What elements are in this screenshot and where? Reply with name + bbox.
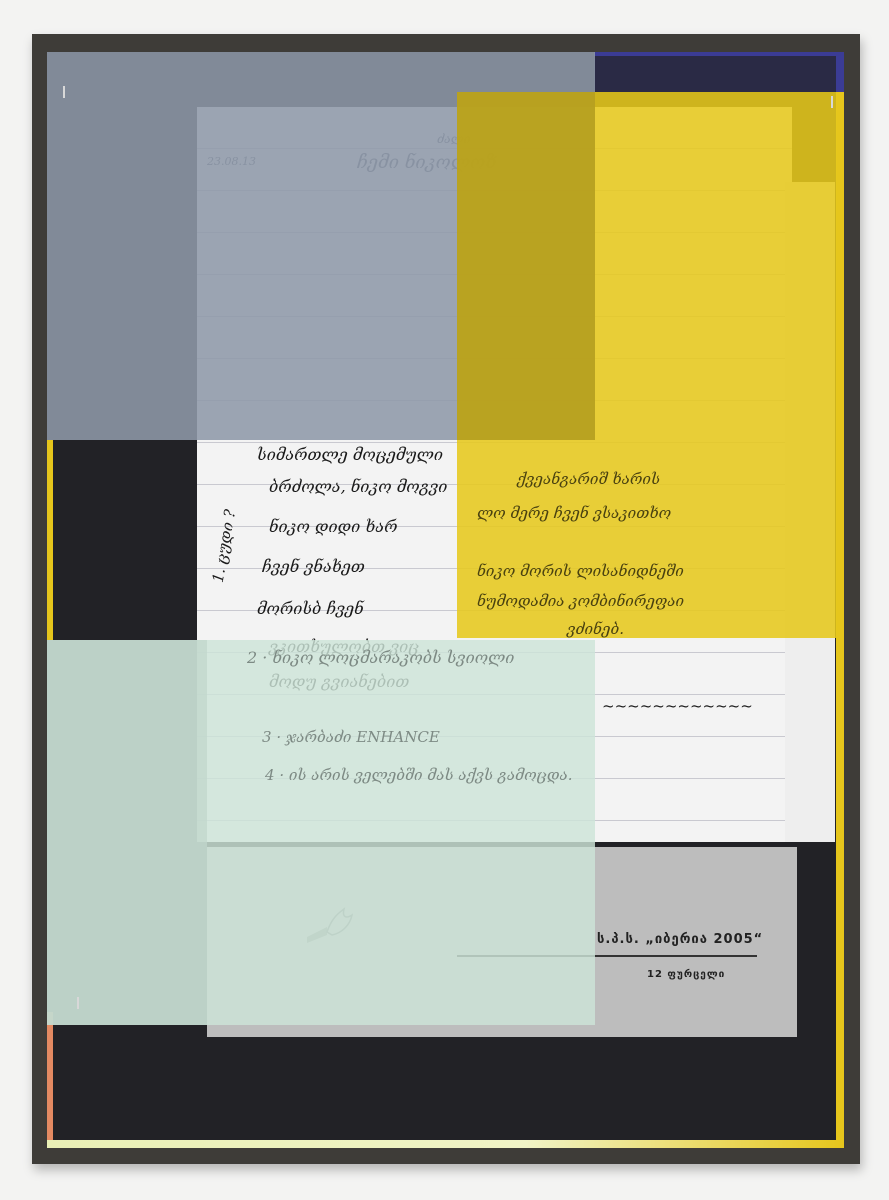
mint-translucent-overlay: 2 · ნიკო ლოცმარაკობს სვიოლი 3 · ჯარბაძი … [47, 640, 595, 1025]
artwork-canvas: 23.08.13 ძალი ჩემი ნიკოლოზ სიმართლე მოცე… [47, 52, 844, 1148]
yellow-line: ქვეანგარიშ ხარის [517, 470, 660, 488]
yellow-line: ნუმოდამია კომბინირეფაი [477, 592, 684, 610]
item-number: 3 [262, 728, 272, 746]
yellow-line: ვძინებ. [567, 620, 624, 638]
numbered-item-3: 3 · ჯარბაძი ENHANCE [262, 728, 440, 746]
olive-overlay-intersection [457, 92, 595, 440]
orange-edge-strip [47, 1012, 53, 1148]
pin-mark [77, 997, 79, 1009]
pin-mark [831, 96, 833, 108]
blue-corner-strip [594, 52, 844, 92]
letter-line: ჩვენ ვნახეთ [262, 557, 365, 576]
side-note: 1. ცუდი ? [209, 508, 240, 584]
item-text: ნიკო ლოცმარაკობს სვიოლი [272, 648, 514, 667]
letter-line: ნიკო დიდი ხარ [269, 517, 397, 536]
pin-mark [63, 86, 65, 98]
yellow-line: ნიკო მორის ლისანიდნეში [477, 562, 684, 580]
item-text: ჯარბაძი ENHANCE [286, 728, 440, 746]
bottom-lime-strip [47, 1140, 844, 1148]
right-yellow-strip [836, 52, 844, 1148]
item-number: 2 [247, 648, 257, 667]
yellow-edge-strip [47, 440, 53, 640]
item-text: ის არის ველებში მას აქვს გამოცდა. [289, 766, 573, 784]
letter-line: ბრძოლა, ნიკო მოგვი [269, 477, 447, 496]
yellow-line: ლო მერე ჩვენ ვსაკითხო [477, 504, 671, 522]
letter-line: სიმართლე მოცემული [257, 445, 443, 464]
letter-line: მორისბ ჩვენ [257, 599, 364, 618]
envelope-title: ს.პ.ს. „იბერია 2005“ [597, 932, 763, 947]
envelope-subtitle: 12 ფურცელი [647, 969, 725, 980]
numbered-item-4: 4 · ის არის ველებში მას აქვს გამოცდა. [265, 766, 573, 784]
item-number: 4 [265, 766, 275, 784]
numbered-item-2: 2 · ნიკო ლოცმარაკობს სვიოლი [247, 648, 514, 667]
scribbled-line: ~~~~~~~~~~~~ [602, 697, 753, 715]
